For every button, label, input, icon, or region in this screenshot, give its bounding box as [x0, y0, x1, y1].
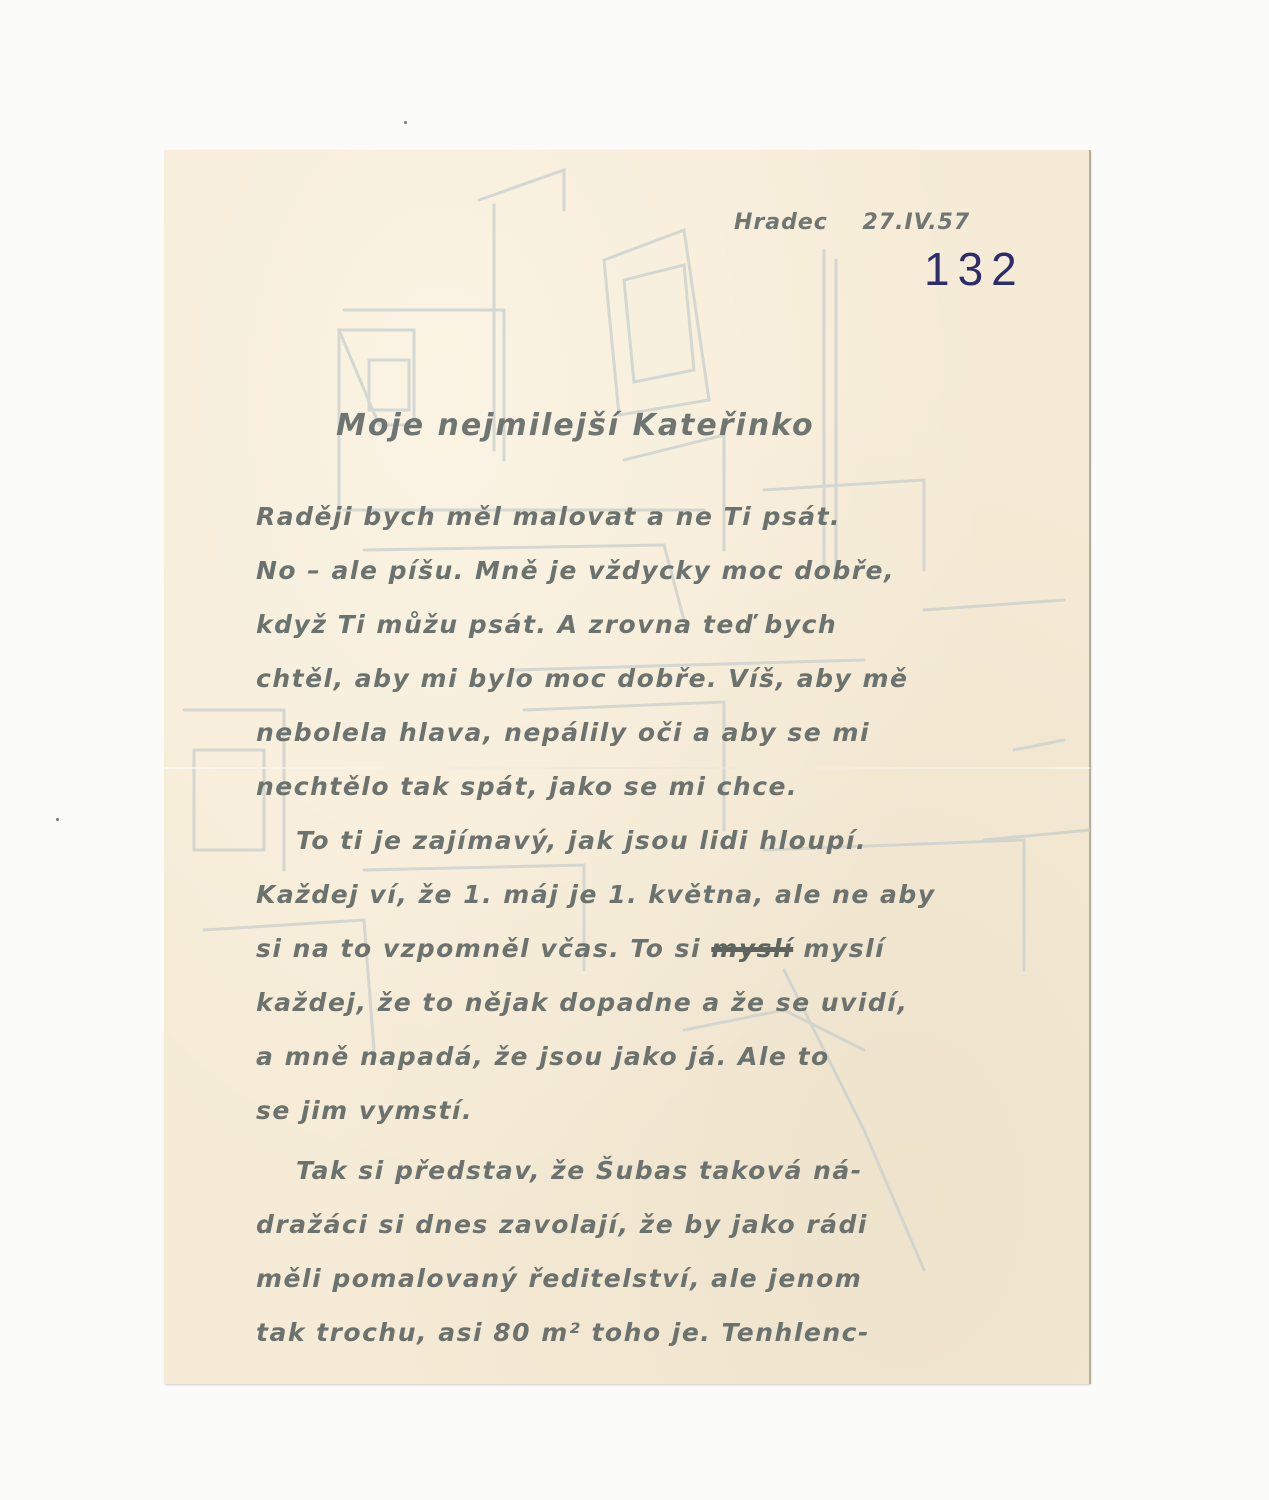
- letter-page: Hradec 27.IV.57 132 Moje nejmilejší Kate…: [164, 150, 1090, 1384]
- text-line: nebolela hlava, nepálily oči a aby se mi: [256, 706, 1056, 760]
- text-line: měli pomalovaný ředitelství, ale jenom: [256, 1252, 1056, 1306]
- letter-place: Hradec: [734, 210, 828, 235]
- text-line: chtěl, aby mi bylo moc dobře. Víš, aby m…: [256, 652, 1056, 706]
- text-line: nechtělo tak spát, jako se mi chce.: [256, 760, 1056, 814]
- struck-out-word: myslí: [711, 934, 793, 963]
- text-line: a mně napadá, že jsou jako já. Ale to: [256, 1030, 1056, 1084]
- text-line: Raději bych měl malovat a ne Ti psát.: [256, 490, 1056, 544]
- letter-place-date: Hradec 27.IV.57: [734, 210, 970, 235]
- text-line: se jim vymstí.: [256, 1084, 1056, 1138]
- text-segment: si na to vzpomněl včas. To si: [256, 934, 701, 963]
- dust-speck: [404, 121, 407, 124]
- text-line: tak trochu, asi 80 m² toho je. Tenhlenc-: [256, 1306, 1056, 1360]
- text-line: Každej ví, že 1. máj je 1. května, ale n…: [256, 868, 1056, 922]
- dust-speck: [56, 818, 59, 821]
- paragraph-3: Tak si představ, že Šubas taková ná- dra…: [256, 1144, 1056, 1360]
- text-line: dražáci si dnes zavolají, že by jako rád…: [256, 1198, 1056, 1252]
- archive-number: 132: [924, 242, 1025, 296]
- text-line: Tak si představ, že Šubas taková ná-: [256, 1144, 1056, 1198]
- letter-date: 27.IV.57: [862, 210, 970, 235]
- text-line: To ti je zajímavý, jak jsou lidi hloupí.: [256, 814, 1056, 868]
- paragraph-1: Raději bych měl malovat a ne Ti psát. No…: [256, 490, 1056, 814]
- paragraph-2: To ti je zajímavý, jak jsou lidi hloupí.…: [256, 814, 1056, 1138]
- text-line: No – ale píšu. Mně je vždycky moc dobře,: [256, 544, 1056, 598]
- letter-body: Raději bych měl malovat a ne Ti psát. No…: [256, 490, 1056, 1360]
- text-segment: myslí: [803, 934, 885, 963]
- text-line: každej, že to nějak dopadne a že se uvid…: [256, 976, 1056, 1030]
- text-line-with-correction: si na to vzpomněl včas. To si myslí mysl…: [256, 922, 1056, 976]
- text-line: když Ti můžu psát. A zrovna teď bych: [256, 598, 1056, 652]
- salutation: Moje nejmilejší Kateřinko: [336, 408, 815, 443]
